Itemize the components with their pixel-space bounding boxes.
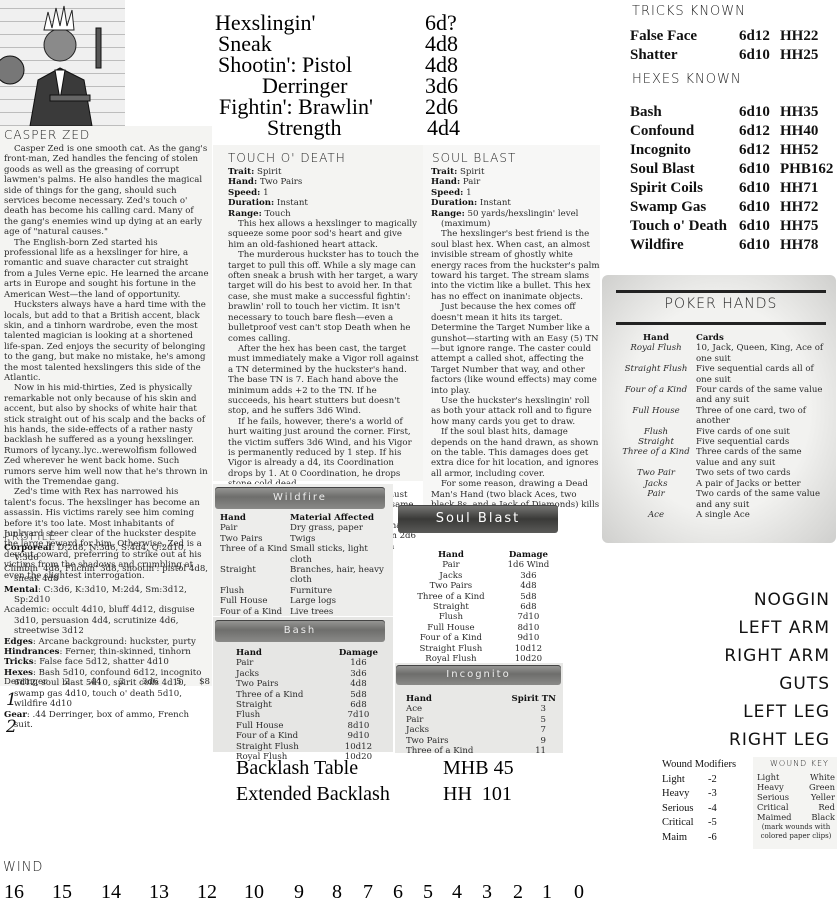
wound-modifier-row: Critical-5 <box>662 816 757 831</box>
wind-box[interactable]: 6 <box>393 881 423 904</box>
profile-line: Tricks: False face 5d12, shatter 4d10 <box>4 657 210 667</box>
table-row: Straight Flush10d12 <box>236 742 386 752</box>
wind-box[interactable]: 15 <box>52 881 101 904</box>
wound-key-row: SeriousYeller <box>757 792 835 802</box>
trick-row: False Face6d12HH22 <box>630 27 838 46</box>
table-row: Three of a KindSmall sticks, light cloth <box>220 544 392 565</box>
soul-blast-table: HandDamage Pair1d6 Wind Jacks3d6 Two Pai… <box>403 550 558 664</box>
weapon-name: Derringer <box>4 677 47 687</box>
weapon-shots: 2 <box>65 677 70 687</box>
hex-paragraph: Use the huckster's hexslingin' roll as b… <box>431 396 600 427</box>
table-row: Four of a Kind9d10 <box>403 633 558 643</box>
table-row: Two PairTwo sets of two cards <box>620 468 825 478</box>
hex-stat: Hand: Pair <box>431 177 600 187</box>
wound-modifier-row: Heavy-3 <box>662 787 757 802</box>
wind-box[interactable]: 13 <box>149 881 197 904</box>
wind-box[interactable]: 10 <box>244 881 294 904</box>
tricks-list: False Face6d12HH22 Shatter6d10HH25 <box>630 27 838 65</box>
wound-key-row: CriticalRed <box>757 802 835 812</box>
hex-paragraph: If the soul blast hits, damage depends o… <box>431 427 600 479</box>
wound-key-list: LightWhite HeavyGreen SeriousYeller Crit… <box>757 772 835 841</box>
portrait-illustration-icon <box>0 0 125 126</box>
backlash-list: Backlash TableMHB 45 Extended BacklashHH… <box>236 755 536 807</box>
table-row: Full HouseThree of one card, two of anot… <box>620 406 825 427</box>
hit-location-left-arm[interactable]: Left Arm <box>700 614 830 642</box>
hex-row: Touch o' Death6d10HH75 <box>630 217 838 236</box>
bio-paragraph: Hucksters always have a hard time with t… <box>4 300 209 383</box>
hex-paragraph: The murderous huckster has to touch the … <box>228 250 420 344</box>
tricks-heading: Tricks Known <box>632 4 746 19</box>
table-row: Two Pairs4d8 <box>403 581 558 591</box>
bio-paragraph: The English-born Zed started his profess… <box>4 238 209 300</box>
table-row: Pair1d6 Wind <box>403 560 558 570</box>
wind-box[interactable]: 9 <box>294 881 332 904</box>
handwritten-mark-1: 1 <box>6 690 17 710</box>
poker-hands-title: Poker Hands <box>616 296 826 312</box>
hit-location-right-leg[interactable]: Right Leg <box>700 726 830 754</box>
hit-location-guts[interactable]: Guts <box>700 670 830 698</box>
table-row: Two PairsTwigs <box>220 534 392 544</box>
weapon-row: Derringer 2 .44 2 3d6 5 $8 <box>4 677 210 687</box>
poker-hands-rule-top <box>616 290 826 293</box>
table-row: StraightFive sequential cards <box>620 437 825 447</box>
weapon-caliber: .44 <box>88 677 102 687</box>
wound-key-note: (mark wounds with colored paper clips) <box>757 823 835 841</box>
wound-modifier-row: Light-2 <box>662 773 757 788</box>
profile-line: Corporeal: D:2d8, N:3d6, S:4d4, Q:2d10, … <box>4 543 210 564</box>
table-row: Two Pairs4d8 <box>236 679 386 689</box>
hex-paragraph: After the hex has been cast, the target … <box>228 344 420 417</box>
table-row: FlushFurniture <box>220 586 392 596</box>
character-name-heading: Casper Zed <box>4 128 90 142</box>
wind-box[interactable]: 7 <box>363 881 393 904</box>
profile-line: Hindrances: Ferner, thin-skinned, tinhor… <box>4 647 210 657</box>
table-row: PairDry grass, paper <box>220 523 392 533</box>
skill-row: Fightin': Brawlin'2d6 <box>215 96 455 117</box>
wind-box[interactable]: 2 <box>513 881 542 904</box>
profile-line: Gear: .44 Derringer, box of ammo, French… <box>4 710 210 731</box>
weapon-range: 5 <box>176 677 181 687</box>
trick-row: Shatter6d10HH25 <box>630 46 838 65</box>
table-row: Full HouseLarge logs <box>220 596 392 606</box>
wind-box[interactable]: 1 <box>542 881 574 904</box>
hit-location-right-arm[interactable]: Right Arm <box>700 642 830 670</box>
weapon-price: $8 <box>199 677 210 687</box>
table-row: Four of a KindFour cards of the same val… <box>620 385 825 406</box>
profile-line: Climbin' 4d8, Filchin' 3d8, shootin': pi… <box>4 564 210 585</box>
skill-row: Strength4d4 <box>215 117 455 138</box>
wound-modifiers: Wound Modifiers Light-2 Heavy-3 Serious-… <box>662 758 757 845</box>
hex-paragraph: Just because the hex comes off doesn't m… <box>431 302 600 396</box>
skills-list: Hexslingin'6d? Sneak4d8 Shootin': Pistol… <box>215 12 455 138</box>
table-row: Jacks3d6 <box>403 571 558 581</box>
poker-hands-table: HandCards Royal Flush10, Jack, Queen, Ki… <box>620 333 825 520</box>
table-row: Jacks7 <box>406 725 556 735</box>
hex-row: Soul Blast6d10PHB162 <box>630 160 838 179</box>
hex-stat: Speed: 1 <box>228 188 420 198</box>
profile-line: Edges: Arcane background: huckster, purt… <box>4 637 210 647</box>
bash-table: HandDamage Pair1d6 Jacks3d6 Two Pairs4d8… <box>236 648 386 762</box>
table-row: FlushFive cards of one suit <box>620 427 825 437</box>
profile-line: Hexes: Bash 5d10, confound 6d12, incogni… <box>4 668 210 710</box>
weapon-rof: 2 <box>119 677 124 687</box>
poker-hands-rule-bottom <box>616 322 826 325</box>
hit-locations: Noggin Left Arm Right Arm Guts Left Leg … <box>700 586 830 754</box>
bio-paragraph: Now in his mid-thirties, Zed is physical… <box>4 383 209 487</box>
wind-box[interactable]: 14 <box>101 881 149 904</box>
soul-blast-heading: Soul Blast <box>432 151 516 165</box>
wound-key-heading: Wound Key <box>770 759 829 768</box>
hex-paragraph: This hex allows a hexslinger to magicall… <box>228 219 420 250</box>
table-row: JacksA pair of Jacks or better <box>620 479 825 489</box>
wound-modifier-row: Maim-6 <box>662 831 757 846</box>
backlash-row: Extended BacklashHH 101 <box>236 781 536 807</box>
wind-box[interactable]: 3 <box>482 881 513 904</box>
wind-box[interactable]: 5 <box>423 881 452 904</box>
table-row: Full House8d10 <box>236 721 386 731</box>
skill-row: Sneak4d8 <box>215 33 455 54</box>
table-row: Royal Flush10, Jack, Queen, King, Ace of… <box>620 343 825 364</box>
hit-location-noggin[interactable]: Noggin <box>700 586 830 614</box>
wind-box[interactable]: 8 <box>332 881 363 904</box>
table-row: Straight FlushFive sequential cards all … <box>620 364 825 385</box>
table-row: Straight6d8 <box>236 700 386 710</box>
hexes-heading: Hexes Known <box>632 72 742 87</box>
hex-row: Incognito6d12HH52 <box>630 141 838 160</box>
profile-block: Corporeal: D:2d8, N:3d6, S:4d4, Q:2d10, … <box>4 543 210 730</box>
profile-line: Academic: occult 4d10, bluff 4d12, disgu… <box>4 605 210 636</box>
wind-track: 16 15 14 13 12 10 9 8 7 6 5 4 3 2 1 0 <box>4 881 644 904</box>
bio-text: Casper Zed is one smooth cat. As the gan… <box>4 144 209 581</box>
hex-stat: Duration: Instant <box>228 198 420 208</box>
bio-paragraph: Casper Zed is one smooth cat. As the gan… <box>4 144 209 238</box>
hex-row: Spirit Coils6d10HH71 <box>630 179 838 198</box>
character-portrait <box>0 0 125 126</box>
soul-blast-text: Trait: Spirit Hand: Pair Speed: 1 Durati… <box>431 167 600 521</box>
table-row: PairTwo cards of the same value and any … <box>620 489 825 510</box>
skill-row: Derringer3d6 <box>215 75 455 96</box>
wind-box[interactable]: 4 <box>452 881 482 904</box>
hex-stat: Trait: Spirit <box>431 167 600 177</box>
hit-location-left-leg[interactable]: Left Leg <box>700 698 830 726</box>
skill-row: Hexslingin'6d? <box>215 12 455 33</box>
wind-box[interactable]: 12 <box>197 881 244 904</box>
hex-stat: Speed: 1 <box>431 188 600 198</box>
hexes-list: Bash6d10HH35 Confound6d12HH40 Incognito6… <box>630 103 838 255</box>
wound-key-row: HeavyGreen <box>757 782 835 792</box>
wound-key-row: LightWhite <box>757 772 835 782</box>
table-row: Pair5 <box>406 715 556 725</box>
table-row: Flush7d10 <box>403 612 558 622</box>
table-row: Three of a KindThree cards of the same v… <box>620 447 825 468</box>
wind-box[interactable]: 16 <box>4 881 52 904</box>
wind-box[interactable]: 0 <box>574 881 594 904</box>
wound-modifiers-heading: Wound Modifiers <box>662 758 757 773</box>
table-row: Straight Flush10d12 <box>403 644 558 654</box>
incognito-table: HandSpirit TN Ace3 Pair5 Jacks7 Two Pair… <box>406 694 556 756</box>
table-row: StraightBranches, hair, heavy cloth <box>220 565 392 586</box>
incognito-table-title: Incognito <box>396 665 561 685</box>
table-row: Three of a Kind5d8 <box>236 690 386 700</box>
hex-paragraph: If he fails, however, there's a world of… <box>228 417 420 490</box>
table-row: Three of a Kind5d8 <box>403 592 558 602</box>
hex-stat: Hand: Two Pairs <box>228 177 420 187</box>
wound-key-row: MaimedBlack <box>757 812 835 822</box>
hex-paragraph: The hexslinger's best friend is the soul… <box>431 229 600 302</box>
profile-line: Mental: C:3d6, K:3d10, M:2d4, Sm:3d12, S… <box>4 585 210 606</box>
skill-row: Shootin': Pistol4d8 <box>215 54 455 75</box>
handwritten-mark-2: 2 <box>6 717 17 737</box>
hex-stat: Range: Touch <box>228 209 420 219</box>
table-row: Straight6d8 <box>403 602 558 612</box>
hex-row: Confound6d12HH40 <box>630 122 838 141</box>
table-row: Jacks3d6 <box>236 669 386 679</box>
wind-label: Wind <box>3 860 43 875</box>
table-row: Ace3 <box>406 704 556 714</box>
wildfire-table-title: Wildfire <box>215 487 385 509</box>
table-row: Flush7d10 <box>236 710 386 720</box>
bash-table-title: Bash <box>215 620 385 642</box>
table-row: Four of a Kind9d10 <box>236 731 386 741</box>
touch-of-death-heading: Touch o' Death <box>228 151 346 165</box>
table-row: Four of a KindLive trees <box>220 607 392 617</box>
soul-blast-table-title: Soul Blast <box>398 505 558 533</box>
table-row: Pair1d6 <box>236 658 386 668</box>
backlash-row: Backlash TableMHB 45 <box>236 755 536 781</box>
table-row: Two Pairs9 <box>406 736 556 746</box>
hex-row: Swamp Gas6d10HH72 <box>630 198 838 217</box>
wound-modifier-row: Serious-4 <box>662 802 757 817</box>
hex-row: Wildfire6d10HH78 <box>630 236 838 255</box>
table-row: Full House8d10 <box>403 623 558 633</box>
table-row: AceA single Ace <box>620 510 825 520</box>
hex-stat: Range: 50 yards/hexslingin' level (maxim… <box>431 209 600 230</box>
weapon-damage: 3d6 <box>142 677 158 687</box>
hex-stat: Duration: Instant <box>431 198 600 208</box>
hex-stat: Trait: Spirit <box>228 167 420 177</box>
hex-row: Bash6d10HH35 <box>630 103 838 122</box>
profile-heading: Profile <box>4 530 57 543</box>
